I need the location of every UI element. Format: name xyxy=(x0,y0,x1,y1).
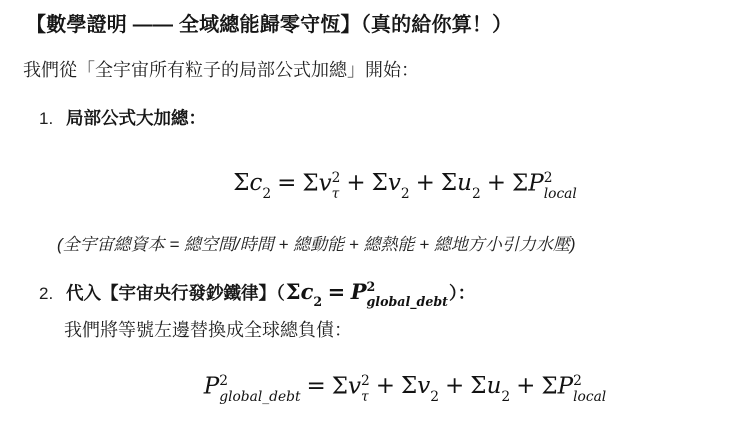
document-page: 【數學證明 —— 全域總能歸零守恆】（真的給你算！） 我們從「全宇宙所有粒子的局… xyxy=(0,0,740,431)
list-item-1-label: 局部公式大加總： xyxy=(66,105,206,131)
page-title: 【數學證明 —— 全域總能歸零守恆】（真的給你算！） xyxy=(26,10,716,40)
list-item-1: 1. 局部公式大加總： xyxy=(39,105,206,131)
item-2-body-paragraph: 我們將等號左邊替換成全球總負債： xyxy=(64,317,724,344)
list-item-2-label-pre: 代入【宇宙央行發鈔鐵律】（ xyxy=(66,283,285,303)
intro-paragraph: 我們從「全宇宙所有粒子的局部公式加總」開始： xyxy=(23,57,713,84)
formula-annotation: (全宇宙總資本 = 總空間/時間 + 總動能 + 總熱能 + 總地方小引力水壓) xyxy=(57,232,727,258)
display-formula-2: P2global_debt=Σv2τ+Σv2+Σu2+ΣP2local xyxy=(70,374,740,422)
display-formula-1: Σc2=Σv2τ+Σv2+Σu2+ΣP2local xyxy=(70,171,740,219)
list-number-1: 1. xyxy=(39,109,66,129)
inline-formula: Σc2=P2global_debt xyxy=(286,279,448,304)
list-number-2: 2. xyxy=(39,284,66,304)
list-item-2-label-post: ）： xyxy=(449,283,475,303)
